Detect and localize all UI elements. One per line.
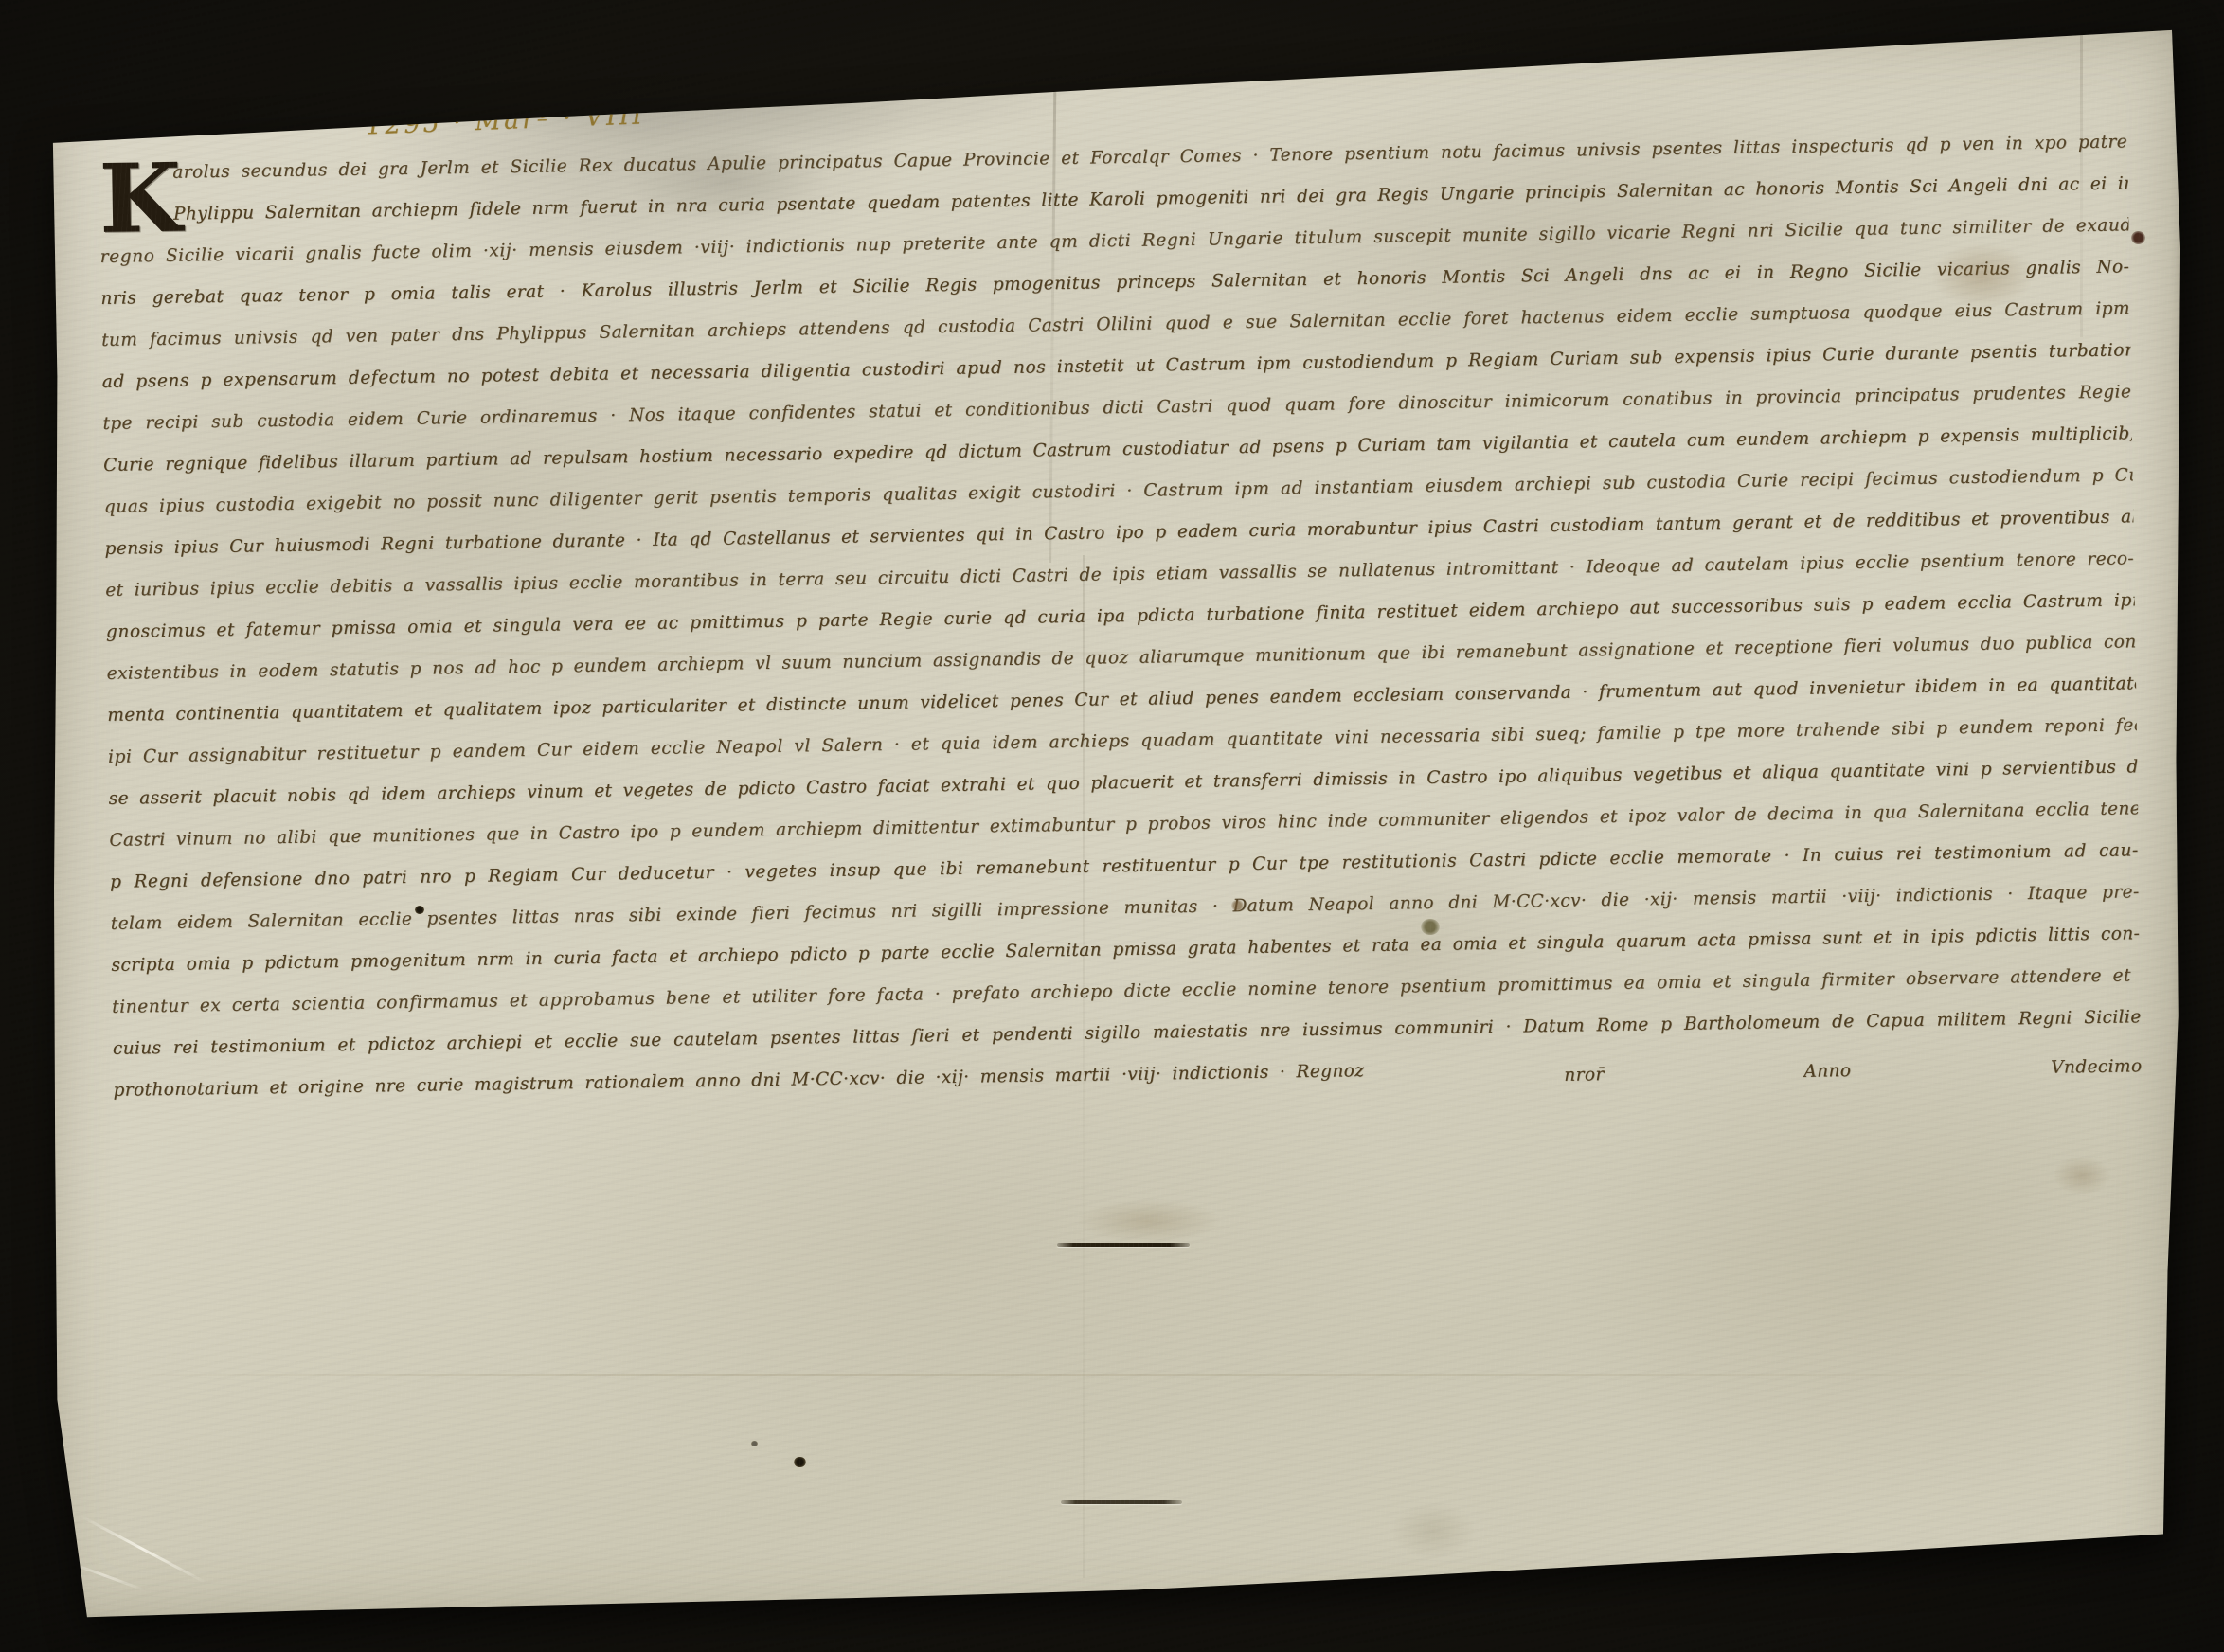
text-line: nris gerebat quaz tenor p omia talis era…: [100, 246, 2129, 320]
seal-slit: [1057, 1243, 1190, 1247]
text-line: arolus secundus dei gra Jerlm et Sicilie…: [99, 121, 2127, 195]
text-line: telam eidem Salernitan ecclie psentes li…: [110, 871, 2139, 945]
text-line: tum facimus univsis qd ven pater dns Phy…: [101, 288, 2130, 362]
text-line: menta continentia quantitatem et qualita…: [107, 663, 2136, 737]
parchment-sheet: 1295 · Marº · VIII K arolus secundus dei…: [45, 25, 2180, 1624]
text-line: ad psens p expensarum defectum no potest…: [101, 330, 2130, 404]
stain: [1231, 900, 1244, 911]
fold-line: [74, 1374, 2139, 1376]
wormhole: [794, 1457, 806, 1467]
wormhole: [751, 1441, 758, 1446]
stain: [2054, 1157, 2110, 1194]
ink-spot: [2131, 231, 2145, 244]
text-line: existentibus in eodem statutis p nos ad …: [106, 621, 2135, 695]
text-line: tpe recipi sub custodia eidem Curie ordi…: [102, 371, 2131, 445]
text-line: regno Sicilie vicarii gnalis fucte olim …: [99, 205, 2128, 278]
text-line: Castri vinum no alibi que munitiones que…: [109, 788, 2138, 862]
text-line: pensis ipius Cur huiusmodi Regni turbati…: [104, 496, 2133, 570]
archival-date-annotation: 1295 · Marº · VIII: [366, 100, 646, 140]
text-line: Phylippu Salernitan archiepm fidele nrm …: [99, 163, 2128, 237]
text-line: ipi Cur assignabitur restituetur p eande…: [108, 705, 2137, 779]
charter-lines: arolus secundus dei gra Jerlm et Sicilie…: [99, 121, 2142, 1070]
crease: [2080, 34, 2083, 337]
photo-backdrop: 1295 · Marº · VIII K arolus secundus dei…: [0, 0, 2224, 1652]
text-line: et iuribus ipius ecclie debitis a vassal…: [105, 538, 2134, 612]
fold-line: [102, 652, 2110, 655]
corner-scratch: [64, 1560, 146, 1592]
charter-text: K arolus secundus dei gra Jerlm et Sicil…: [99, 121, 2143, 1112]
stain: [1390, 1502, 1476, 1559]
stain: [405, 38, 1087, 152]
text-line: Curie regnique fidelibus illarum partium…: [103, 413, 2132, 487]
crease: [1083, 555, 1085, 1578]
text-line-last: prothonotarium et origine nre curie magi…: [113, 1038, 2142, 1112]
text-line: tinentur ex certa scientia confirmamus e…: [112, 955, 2141, 1029]
illuminated-initial: K: [99, 153, 183, 244]
stain: [1930, 242, 2035, 309]
parchment-shadow: 1295 · Marº · VIII K arolus secundus dei…: [45, 25, 2180, 1624]
wormhole: [415, 906, 424, 914]
text-line: scripta omia p pdictum pmogenitum nrm in…: [111, 913, 2140, 987]
corner-scratch: [80, 1515, 206, 1584]
dating-clause: prothonotarium et origine nre curie magi…: [113, 1050, 1365, 1112]
stain: [1421, 919, 1440, 935]
text-line: quas ipius custodia exigebit no possit n…: [104, 455, 2133, 529]
crease: [1049, 32, 1057, 563]
text-line: p Regni defensione dno patri nro p Regia…: [110, 830, 2139, 904]
regnal-word-anno: Anno: [1803, 1043, 1852, 1086]
text-line: cuius rei testimonium et pdictoz archiep…: [113, 997, 2142, 1070]
seal-slit: [1061, 1500, 1182, 1504]
stain: [623, 138, 832, 224]
regnal-word-nostrorum: nror̄: [1564, 1047, 1605, 1089]
stain: [1078, 1199, 1220, 1243]
text-line: se asserit placuit nobis qd idem archiep…: [108, 746, 2137, 820]
text-line: gnoscimus et fatemur pmissa omia et sing…: [106, 580, 2135, 654]
regnal-word-undecimo: Vndecimo: [2051, 1038, 2143, 1082]
